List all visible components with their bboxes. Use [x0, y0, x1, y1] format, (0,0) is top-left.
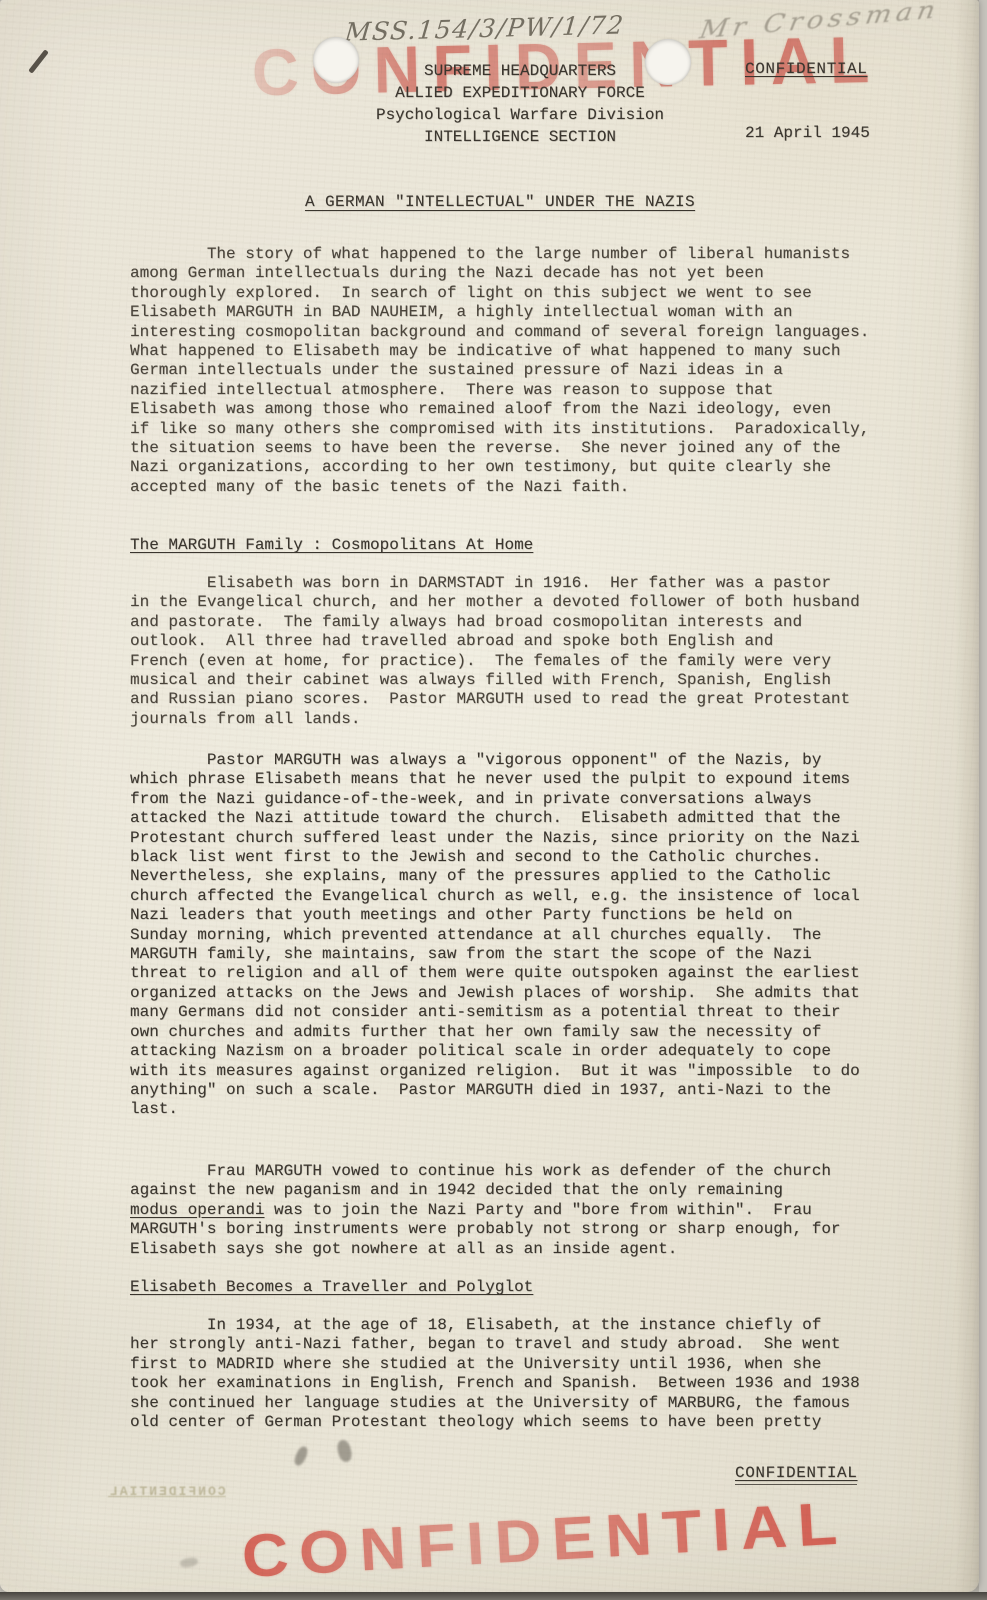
paragraph-travels: In 1934, at the age of 18, Elisabeth, at… — [130, 1316, 930, 1432]
underlined-phrase-modus-operandi: modus operandi — [130, 1201, 264, 1219]
pencil-smudge — [179, 1557, 198, 1569]
corner-ink-mark — [28, 49, 49, 73]
section-heading-marguth-family: The MARGUTH Family : Cosmopolitans At Ho… — [130, 536, 533, 555]
scanned-document-page: { "stamps": { "top_stamp": "CONFIDENTIAL… — [0, 0, 987, 1600]
pencil-smudge — [336, 1439, 354, 1463]
letterhead-line-3: Psychological Warfare Division — [290, 104, 750, 126]
confidential-stamp-bottom: CONFIDENTIAL — [240, 1488, 849, 1591]
document-title: A GERMAN "INTELLECTUAL" UNDER THE NAZIS — [105, 193, 895, 212]
letterhead-line-4: INTELLIGENCE SECTION — [290, 126, 750, 148]
pencil-smudge — [292, 1445, 309, 1467]
classification-top-right: CONFIDENTIAL — [745, 60, 867, 79]
paper-sheet: CONFIDENTIAL MSS.154/3/PW/1/72 Mr Crossm… — [0, 0, 979, 1592]
paper-edge-shadow — [955, 0, 979, 1592]
classification-bottom-right: CONFIDENTIAL — [735, 1464, 857, 1485]
bleedthrough-confidential-stamp: CONFIDENTIAL — [108, 1484, 226, 1499]
section-heading-traveller-polyglot: Elisabeth Becomes a Traveller and Polygl… — [130, 1278, 533, 1297]
letterhead-line-2: ALLIED EXPEDITIONARY FORCE — [290, 82, 750, 104]
punch-hole-left — [313, 37, 359, 83]
punch-hole-right — [645, 39, 691, 85]
document-date: 21 April 1945 — [745, 124, 870, 143]
paragraph-frau-marguth: Frau MARGUTH vowed to continue his work … — [130, 1162, 930, 1259]
paragraph-pastor: Pastor MARGUTH was always a "vigorous op… — [130, 751, 930, 1120]
paragraph-frau-pre: Frau MARGUTH vowed to continue his work … — [130, 1162, 831, 1199]
paragraph-family: Elisabeth was born in DARMSTADT in 1916.… — [130, 574, 930, 729]
paragraph-intro: The story of what happened to the large … — [130, 245, 930, 497]
scan-background-edge — [0, 1592, 987, 1600]
